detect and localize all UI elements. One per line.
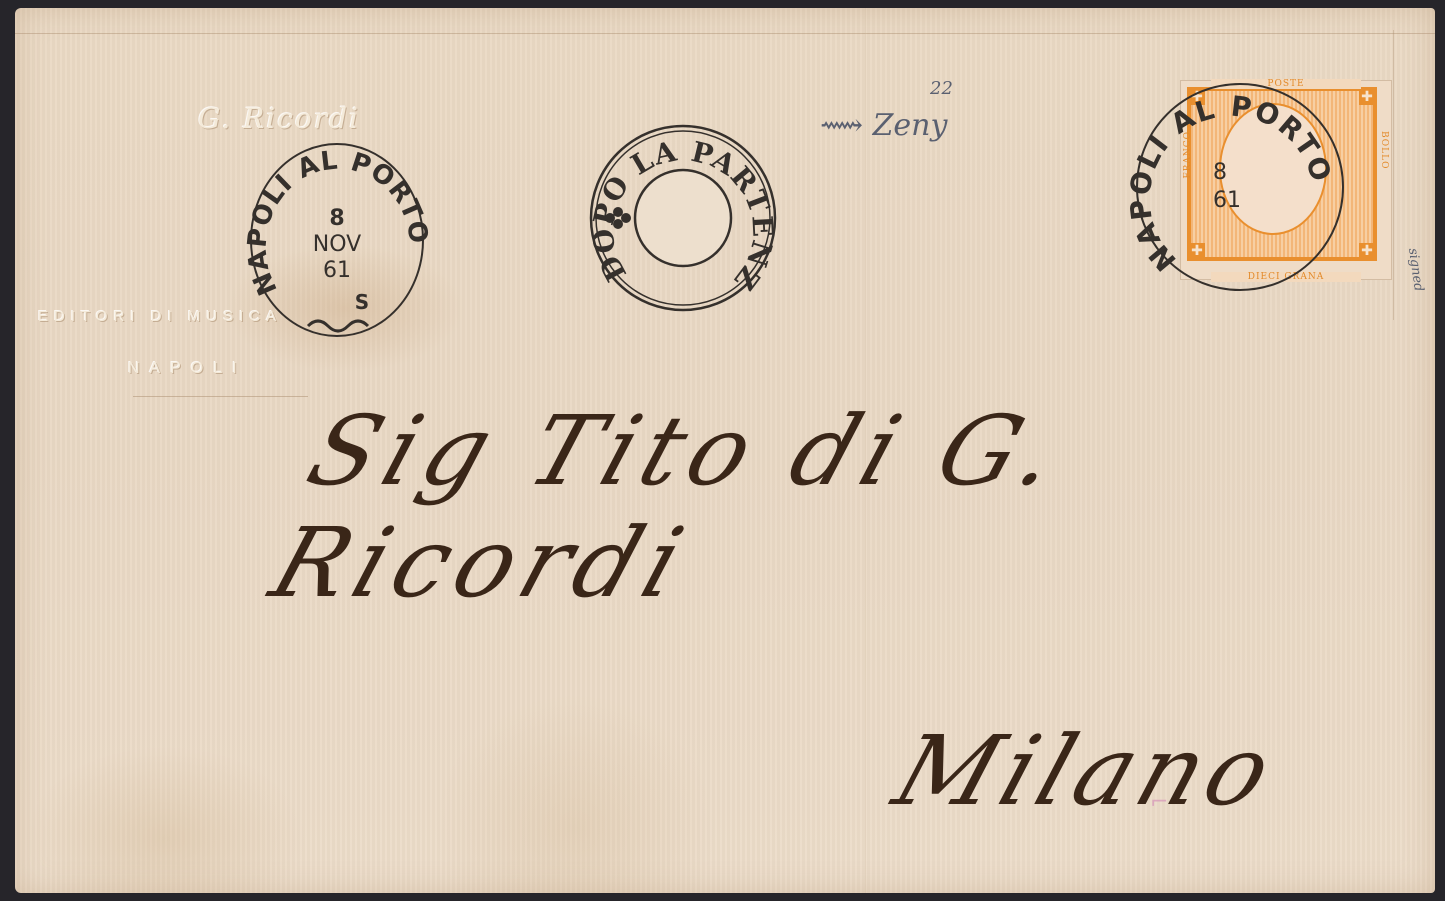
postmark-dopo-la-partenza: DOPO LA PARTENZA [588,124,778,312]
postmark-year: 61 [1213,188,1241,213]
cross-icon: ✚ [1359,243,1375,259]
postmark-year: 61 [248,258,426,283]
pencil-signature-text: Zeny [873,108,948,143]
svg-text:NAPOLI AL PORTO: NAPOLI AL PORTO [1123,90,1338,278]
fold-line [1393,30,1394,320]
stamp-right-text: BOLLO [1379,131,1389,170]
cross-icon: ✚ [1359,89,1375,105]
postmark-time: S [298,290,426,314]
letterhead-rule [133,396,308,397]
postmark-on-stamp: NAPOLI AL PORTO 8 61 [1133,80,1348,295]
postmark-day: 8 [1213,160,1227,185]
address-recipient: Sig Tito di G. Ricordi [259,395,1445,619]
letterhead-line1: EDITORI DI MUSICA [38,308,282,325]
address-city: Milano [882,715,1291,827]
letterhead-name: G. Ricordi [198,102,360,135]
postmark-napoli-al-porto: NAPOLI AL PORTO 8 NOV 61 S [248,140,426,340]
postmark-ring-text: NAPOLI AL PORTO [1123,90,1338,278]
postmark-day: 8 [248,206,426,231]
letterhead-city: NAPOLI [128,360,247,378]
pencil-signature: ⟿ Zeny [820,108,947,143]
pink-crayon-mark: ⌐ [1150,790,1168,815]
pencil-flourish-icon: ⟿ [820,108,863,143]
fold-line [15,33,1435,34]
postmark-ring-icon: DOPO LA PARTENZA [588,124,778,312]
postmark-month: NOV [248,232,426,257]
pencil-number: 22 [930,78,953,99]
